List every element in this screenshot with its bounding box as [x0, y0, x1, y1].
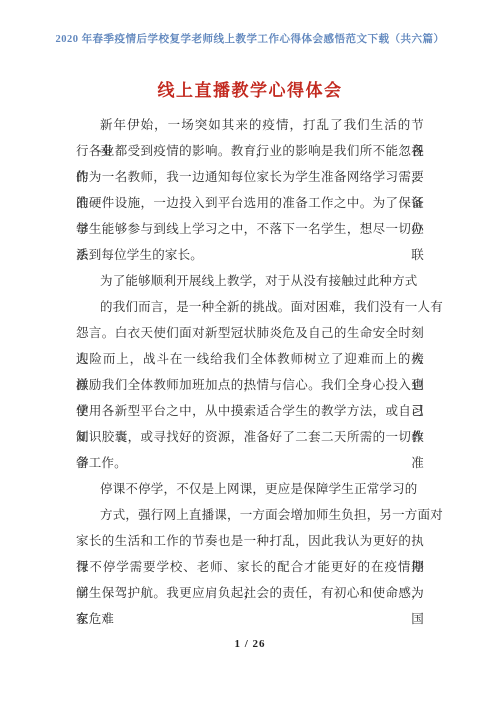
text-line: 学生保驾护航。我更应肩负起社会的责任，有初心和使命感，在国 — [76, 580, 424, 606]
document-title: 线上直播教学心得体会 — [0, 76, 500, 101]
text-line: 作为一名教师，我一边通知每位家长为学生准备网络学习需要准备 — [76, 164, 424, 190]
text-line: 停课不停学，不仅是上网课，更应是保障学生正常学习的 — [76, 476, 424, 502]
text-line: 为了能够顺利开展线上教学，对于从没有接触过此种方式 — [76, 268, 424, 294]
text-line: 方式，强行网上直播课，一方面会增加师生负担，另一方面对 — [76, 502, 424, 528]
document-body: 新年伊始，一场突如其来的疫情，打乱了我们生活的节奏，各行各业都受到疫情的影响。教… — [76, 112, 424, 632]
text-line: 新年伊始，一场突如其来的疫情，打乱了我们生活的节奏，各 — [76, 112, 424, 138]
text-line: 怨言。白衣天使们面对新型冠状肺炎危及自己的生命安全时刻人人 — [76, 320, 424, 346]
text-line: 迎险而上，战斗在一线给我们全体教师树立了迎难而上的榜样，也 — [76, 346, 424, 372]
document-page: 2020 年春季疫情后学校复学老师线上教学工作心得体会感悟范文下载（共六篇） 线… — [0, 0, 500, 708]
text-line: 激励我们全体教师加班加点的热情与信心。我们全身心投入到学习 — [76, 372, 424, 398]
text-line: 家长的生活和工作的节奏也是一种打乱，因此我认为更好的执行停 — [76, 528, 424, 554]
text-line: 使用各新型平台之中，从中摸索适合学生的教学方法，或自己制作 — [76, 398, 424, 424]
text-line: 课不停学需要学校、老师、家长的配合才能更好的在疫情期间，为 — [76, 554, 424, 580]
text-line: 学生能够参与到线上学习之中，不落下一名学生，想尽一切办法联 — [76, 216, 424, 242]
page-number: 1 / 26 — [0, 638, 500, 650]
document-header-note: 2020 年春季疫情后学校复学老师线上教学工作心得体会感悟范文下载（共六篇） — [0, 31, 500, 46]
text-line: 行各业都受到疫情的影响。教育行业的影响是我们所不能忽视的， — [76, 138, 424, 164]
text-line: 知识胶囊，或寻找好的资源，准备好了二套二天所需的一切教学准 — [76, 424, 424, 450]
text-line: 的硬件设施，一边投入到平台选用的准备工作之中。为了保证每位 — [76, 190, 424, 216]
text-line: 的我们而言，是一种全新的挑战。面对困难，我们没有一人有 — [76, 294, 424, 320]
